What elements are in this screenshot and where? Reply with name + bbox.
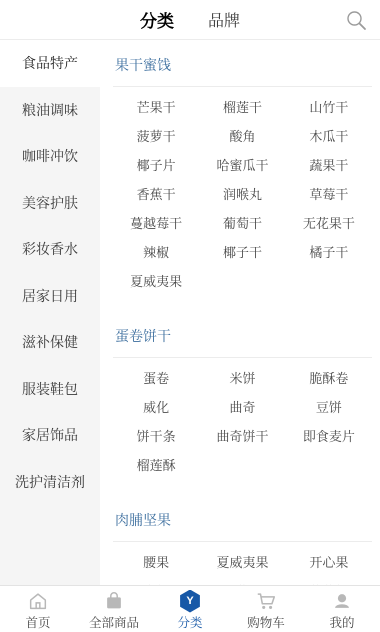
subcategory-link[interactable]: 椰子片 bbox=[113, 155, 199, 174]
header: 分类 品牌 bbox=[0, 0, 380, 40]
subcategory-link[interactable]: 曲奇饼干 bbox=[199, 426, 285, 445]
subcategory-link[interactable]: 开心果 bbox=[286, 552, 372, 571]
tabbar-item[interactable]: 购物车 bbox=[228, 586, 304, 632]
section-divider bbox=[113, 357, 372, 358]
sidebar-item-label: 家居饰品 bbox=[22, 425, 78, 445]
tabbar-item-label: 首页 bbox=[25, 613, 50, 631]
sidebar-item-label: 美容护肤 bbox=[22, 193, 78, 213]
user-icon bbox=[331, 590, 353, 612]
category-content: 果干蜜饯 芒果干榴莲干山竹干菠萝干酸角木瓜干椰子片哈蜜瓜干蔬果干香蕉干润喉丸草莓… bbox=[100, 40, 380, 585]
sidebar-item-label: 粮油调味 bbox=[22, 100, 78, 120]
section-grid: 芒果干榴莲干山竹干菠萝干酸角木瓜干椰子片哈蜜瓜干蔬果干香蕉干润喉丸草莓干蔓越莓干… bbox=[113, 92, 372, 295]
search-icon[interactable] bbox=[344, 8, 368, 32]
subcategory-link[interactable]: 脆酥卷 bbox=[286, 368, 372, 387]
subcategory-link[interactable]: 椰子干 bbox=[199, 242, 285, 261]
hexagon-y-icon: Y bbox=[179, 590, 201, 612]
subcategory-link[interactable]: 菠萝干 bbox=[113, 126, 199, 145]
subcategory-link[interactable]: 饼干条 bbox=[113, 426, 199, 445]
tabbar-item[interactable]: 全部商品 bbox=[76, 586, 152, 632]
section-title: 果干蜜饯 bbox=[113, 50, 372, 86]
sidebar-item-label: 咖啡冲饮 bbox=[22, 146, 78, 166]
sidebar-item[interactable]: 家居饰品 bbox=[0, 412, 100, 459]
sidebar-item-label: 食品特产 bbox=[22, 53, 78, 73]
subcategory-link[interactable]: 米饼 bbox=[199, 368, 285, 387]
tabbar-item[interactable]: 我的 bbox=[304, 586, 380, 632]
category-page: 分类 品牌 食品特产 粮油调味 咖啡冲饮 美容护肤 彩妆香水 居家日用 滋补保健… bbox=[0, 0, 380, 632]
tabbar-item-label: 我的 bbox=[329, 613, 354, 631]
category-section: 肉脯坚果 腰果夏威夷果开心果杏仁蔬菜干葵花籽南瓜籽混合坚果芝麻籽 bbox=[113, 505, 372, 585]
subcategory-link[interactable]: 榴莲干 bbox=[199, 97, 285, 116]
sidebar-item[interactable]: 粮油调味 bbox=[0, 87, 100, 134]
subcategory-link[interactable]: 辣椒 bbox=[113, 242, 199, 261]
subcategory-link[interactable]: 橘子干 bbox=[286, 242, 372, 261]
sidebar-item-label: 服装鞋包 bbox=[22, 379, 78, 399]
subcategory-link[interactable]: 葡萄干 bbox=[199, 213, 285, 232]
subcategory-link[interactable]: 无花果干 bbox=[286, 213, 372, 232]
bottom-tabbar: 首页 全部商品 Y 分类 购物车 我的 bbox=[0, 585, 380, 632]
tab-category[interactable]: 分类 bbox=[140, 7, 174, 32]
tabbar-item-label: 购物车 bbox=[247, 613, 285, 631]
category-section: 果干蜜饯 芒果干榴莲干山竹干菠萝干酸角木瓜干椰子片哈蜜瓜干蔬果干香蕉干润喉丸草莓… bbox=[113, 50, 372, 295]
tab-brand[interactable]: 品牌 bbox=[208, 8, 240, 31]
section-title: 蛋卷饼干 bbox=[113, 321, 372, 357]
sidebar: 食品特产 粮油调味 咖啡冲饮 美容护肤 彩妆香水 居家日用 滋补保健 服装鞋包 … bbox=[0, 40, 100, 585]
subcategory-link[interactable]: 榴莲酥 bbox=[113, 455, 199, 474]
tabbar-item-label: 全部商品 bbox=[89, 613, 139, 631]
subcategory-link[interactable]: 威化 bbox=[113, 397, 199, 416]
category-section: 蛋卷饼干 蛋卷米饼脆酥卷威化曲奇豆饼饼干条曲奇饼干即食麦片榴莲酥 bbox=[113, 321, 372, 479]
subcategory-link[interactable]: 润喉丸 bbox=[199, 184, 285, 203]
sidebar-item[interactable]: 食品特产 bbox=[0, 40, 100, 87]
subcategory-link[interactable]: 即食麦片 bbox=[286, 426, 372, 445]
tabbar-item[interactable]: 首页 bbox=[0, 586, 76, 632]
section-divider bbox=[113, 86, 372, 87]
sidebar-item-label: 居家日用 bbox=[22, 286, 78, 306]
subcategory-link[interactable]: 山竹干 bbox=[286, 97, 372, 116]
subcategory-link[interactable]: 香蕉干 bbox=[113, 184, 199, 203]
sidebar-item[interactable]: 服装鞋包 bbox=[0, 366, 100, 413]
tabbar-item-label: 分类 bbox=[177, 613, 202, 631]
sidebar-item[interactable]: 美容护肤 bbox=[0, 180, 100, 227]
sidebar-item[interactable]: 洗护清洁剂 bbox=[0, 459, 100, 506]
subcategory-link[interactable]: 芒果干 bbox=[113, 97, 199, 116]
sidebar-item-label: 滋补保健 bbox=[22, 332, 78, 352]
subcategory-link[interactable]: 酸角 bbox=[199, 126, 285, 145]
section-title: 肉脯坚果 bbox=[113, 505, 372, 541]
subcategory-link[interactable]: 腰果 bbox=[113, 552, 199, 571]
subcategory-link[interactable]: 哈蜜瓜干 bbox=[199, 155, 285, 174]
sidebar-item[interactable]: 彩妆香水 bbox=[0, 226, 100, 273]
subcategory-link[interactable]: 蛋卷 bbox=[113, 368, 199, 387]
subcategory-link[interactable]: 蔬果干 bbox=[286, 155, 372, 174]
sidebar-item-label: 洗护清洁剂 bbox=[15, 472, 85, 492]
subcategory-link[interactable]: 豆饼 bbox=[286, 397, 372, 416]
main-layout: 食品特产 粮油调味 咖啡冲饮 美容护肤 彩妆香水 居家日用 滋补保健 服装鞋包 … bbox=[0, 40, 380, 585]
home-icon bbox=[27, 590, 49, 612]
sidebar-item[interactable]: 咖啡冲饮 bbox=[0, 133, 100, 180]
sidebar-item-label: 彩妆香水 bbox=[22, 239, 78, 259]
section-grid: 蛋卷米饼脆酥卷威化曲奇豆饼饼干条曲奇饼干即食麦片榴莲酥 bbox=[113, 363, 372, 479]
subcategory-link[interactable]: 夏威夷果 bbox=[199, 552, 285, 571]
tabbar-item[interactable]: Y 分类 bbox=[152, 586, 228, 632]
cart-icon bbox=[255, 590, 277, 612]
subcategory-link[interactable]: 蔓越莓干 bbox=[113, 213, 199, 232]
subcategory-link[interactable]: 木瓜干 bbox=[286, 126, 372, 145]
sidebar-item[interactable]: 居家日用 bbox=[0, 273, 100, 320]
section-grid: 腰果夏威夷果开心果杏仁蔬菜干葵花籽南瓜籽混合坚果芝麻籽 bbox=[113, 547, 372, 585]
bag-icon bbox=[103, 590, 125, 612]
sidebar-item[interactable]: 滋补保健 bbox=[0, 319, 100, 366]
subcategory-link[interactable]: 草莓干 bbox=[286, 184, 372, 203]
subcategory-link[interactable]: 夏威夷果 bbox=[113, 271, 199, 290]
section-divider bbox=[113, 541, 372, 542]
subcategory-link[interactable]: 曲奇 bbox=[199, 397, 285, 416]
